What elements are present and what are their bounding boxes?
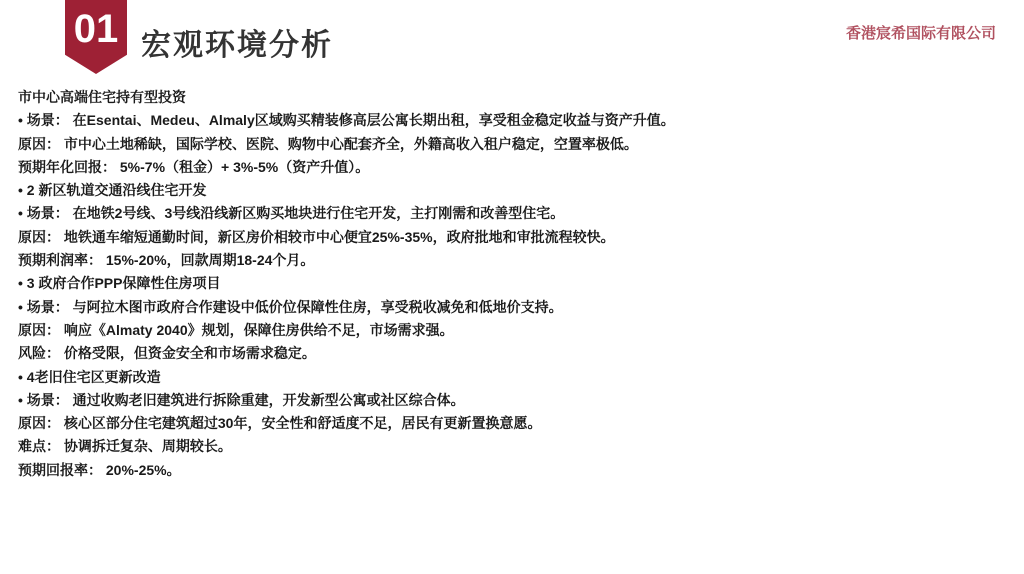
- content-line: • 场景： 在地铁2号线、3号线沿线新区购买地块进行住宅开发，主打刚需和改善型住…: [18, 202, 1016, 225]
- content-line: 预期利润率： 15%-20%，回款周期18-24个月。: [18, 249, 1016, 272]
- section-number-badge: 01: [65, 0, 127, 74]
- content-line: • 场景： 与阿拉木图市政府合作建设中低价位保障性住房，享受税收减免和低地价支持…: [18, 296, 1016, 319]
- content-line: 原因： 地铁通车缩短通勤时间，新区房价相较市中心便宜25%-35%，政府批地和审…: [18, 226, 1016, 249]
- content-line: • 3 政府合作PPP保障性住房项目: [18, 272, 1016, 295]
- content-line: • 场景： 通过收购老旧建筑进行拆除重建，开发新型公寓或社区综合体。: [18, 389, 1016, 412]
- content-line: • 4老旧住宅区更新改造: [18, 366, 1016, 389]
- content-line: 难点： 协调拆迁复杂、周期较长。: [18, 435, 1016, 458]
- content-line: • 2 新区轨道交通沿线住宅开发: [18, 179, 1016, 202]
- content-line: 原因： 市中心土地稀缺，国际学校、医院、购物中心配套齐全，外籍高收入租户稳定，空…: [18, 133, 1016, 156]
- content-line: 原因： 核心区部分住宅建筑超过30年，安全性和舒适度不足，居民有更新置换意愿。: [18, 412, 1016, 435]
- content-line: 预期回报率： 20%-25%。: [18, 459, 1016, 482]
- company-name: 香港宸希国际有限公司: [846, 22, 996, 43]
- content-line: • 场景： 在Esentai、Medeu、Almaly区域购买精装修高层公寓长期…: [18, 109, 1016, 132]
- content-line: 预期年化回报： 5%-7%（租金）+ 3%-5%（资产升值）。: [18, 156, 1016, 179]
- content-line: 市中心高端住宅持有型投资: [18, 86, 1016, 109]
- presentation-slide: 01 宏观环境分析 香港宸希国际有限公司 市中心高端住宅持有型投资 • 场景： …: [0, 0, 1024, 574]
- content-line: 原因： 响应《Almaty 2040》规划，保障住房供给不足，市场需求强。: [18, 319, 1016, 342]
- slide-body: 市中心高端住宅持有型投资 • 场景： 在Esentai、Medeu、Almaly…: [18, 86, 1016, 482]
- page-title: 宏观环境分析: [141, 20, 333, 64]
- content-line: 风险： 价格受限，但资金安全和市场需求稳定。: [18, 342, 1016, 365]
